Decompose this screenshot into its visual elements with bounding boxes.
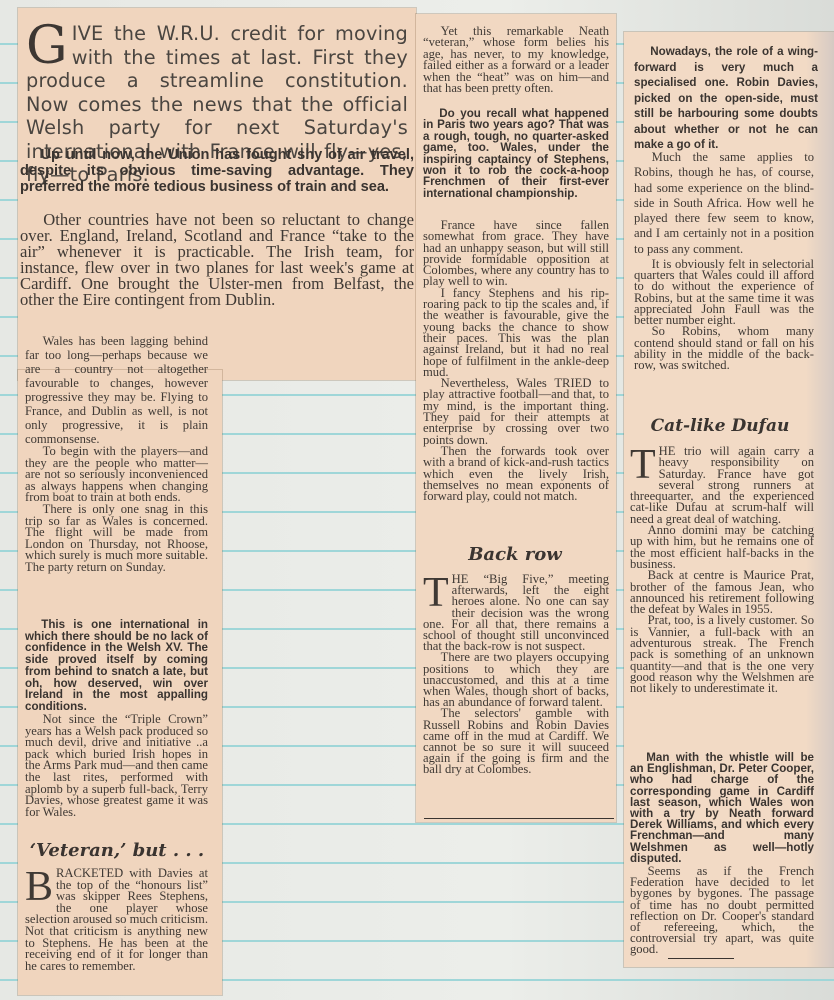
back-row-dropcap: T <box>423 575 449 611</box>
middle-column-text: France have since fallen somewhat from g… <box>423 220 609 502</box>
end-rule <box>668 958 734 959</box>
bold-intro: Up until now, the Union has fought shy o… <box>20 148 414 195</box>
paragraph-other-countries: Other countries have not been so relucta… <box>20 212 414 307</box>
dufau-dropcap: T <box>630 447 656 483</box>
right-column-last: Seems as if the French Federation have d… <box>630 866 814 956</box>
back-row-text: HE “Big Five,” meeting afterwards, left … <box>423 572 609 653</box>
back-row-extra: There are two players occupying position… <box>423 652 609 708</box>
middle-column-bold: Do you recall what happened in Paris two… <box>423 108 609 199</box>
col2-intro-text: Yet this remarkable Neath “veteran,” who… <box>423 26 609 94</box>
col3-paragraph: Much the same applies to Robins, though … <box>634 150 814 257</box>
middle-column-intro: Yet this remarkable Neath “veteran,” who… <box>423 26 609 94</box>
col3-paragraph: It is obviously felt in selectorial quar… <box>634 259 814 326</box>
divider-rule <box>424 818 614 819</box>
right-column-bold-2: Man with the whistle will be an Englishm… <box>630 752 814 864</box>
lead-dropcap: G <box>26 24 68 68</box>
dufau-text: HE trio will again carry a heavy respons… <box>630 444 814 526</box>
bold-intro-text: Up until now, the Union has fought shy o… <box>20 148 414 195</box>
col3-bold2-text: Man with the whistle will be an Englishm… <box>630 752 814 864</box>
col2-paragraph: I fancy Stephens and his rip-roaring pac… <box>423 288 609 378</box>
subheading-veteran: ‘Veteran,’ but . . . <box>22 842 212 860</box>
left-column-text: Wales has been lagging behind far too lo… <box>25 334 208 574</box>
back-row-extra: The selectors' gamble with Russell Robin… <box>423 708 609 775</box>
veteran-dropcap: B <box>25 869 53 905</box>
col1-paragraph: There is only one snag in this trip so f… <box>25 504 208 574</box>
col1-paragraph: Wales has been lagging behind far too lo… <box>25 334 208 446</box>
other-countries-text: Other countries have not been so relucta… <box>20 212 414 307</box>
subheading-cat-like-dufau: Cat-like Dufau <box>630 418 810 435</box>
left-column-text-b: Not since the “Triple Crown” years has a… <box>25 714 208 818</box>
col2-paragraph: France have since fallen somewhat from g… <box>423 220 609 288</box>
back-row-paragraph: THE “Big Five,” meeting afterwards, left… <box>423 574 609 776</box>
left-column-bold: This is one international in which there… <box>25 619 208 713</box>
col3-last-text: Seems as if the French Federation have d… <box>630 866 814 956</box>
col2-bold-text: Do you recall what happened in Paris two… <box>423 108 609 199</box>
right-column-bold: Nowadays, the role of a wing-forward is … <box>634 44 818 153</box>
col1-paragraph: To begin with the players—and they are t… <box>25 446 208 504</box>
col3-bold-text: Nowadays, the role of a wing-forward is … <box>634 44 818 153</box>
right-column-text: Much the same applies to Robins, though … <box>634 150 814 371</box>
col1-bold-text: This is one international in which there… <box>25 619 208 713</box>
subheading-back-row: Back row <box>420 546 610 564</box>
veteran-paragraph: BRACKETED with Davies at the top of the … <box>25 868 208 972</box>
dufau-extra: Back at centre is Maurice Prat, brother … <box>630 570 814 615</box>
dufau-extra: Prat, too, is a lively customer. So is V… <box>630 615 814 694</box>
col3-paragraph: So Robins, whom many contend should stan… <box>634 326 814 371</box>
col2-paragraph: Nevertheless, Wales TRIED to play attrac… <box>423 378 609 446</box>
dufau-paragraph: THE trio will again carry a heavy respon… <box>630 446 814 695</box>
col2-paragraph: Then the forwards took over with a brand… <box>423 446 609 502</box>
dufau-extra: Anno domini may be catching up with him,… <box>630 525 814 570</box>
col1-b-text: Not since the “Triple Crown” years has a… <box>25 714 208 818</box>
